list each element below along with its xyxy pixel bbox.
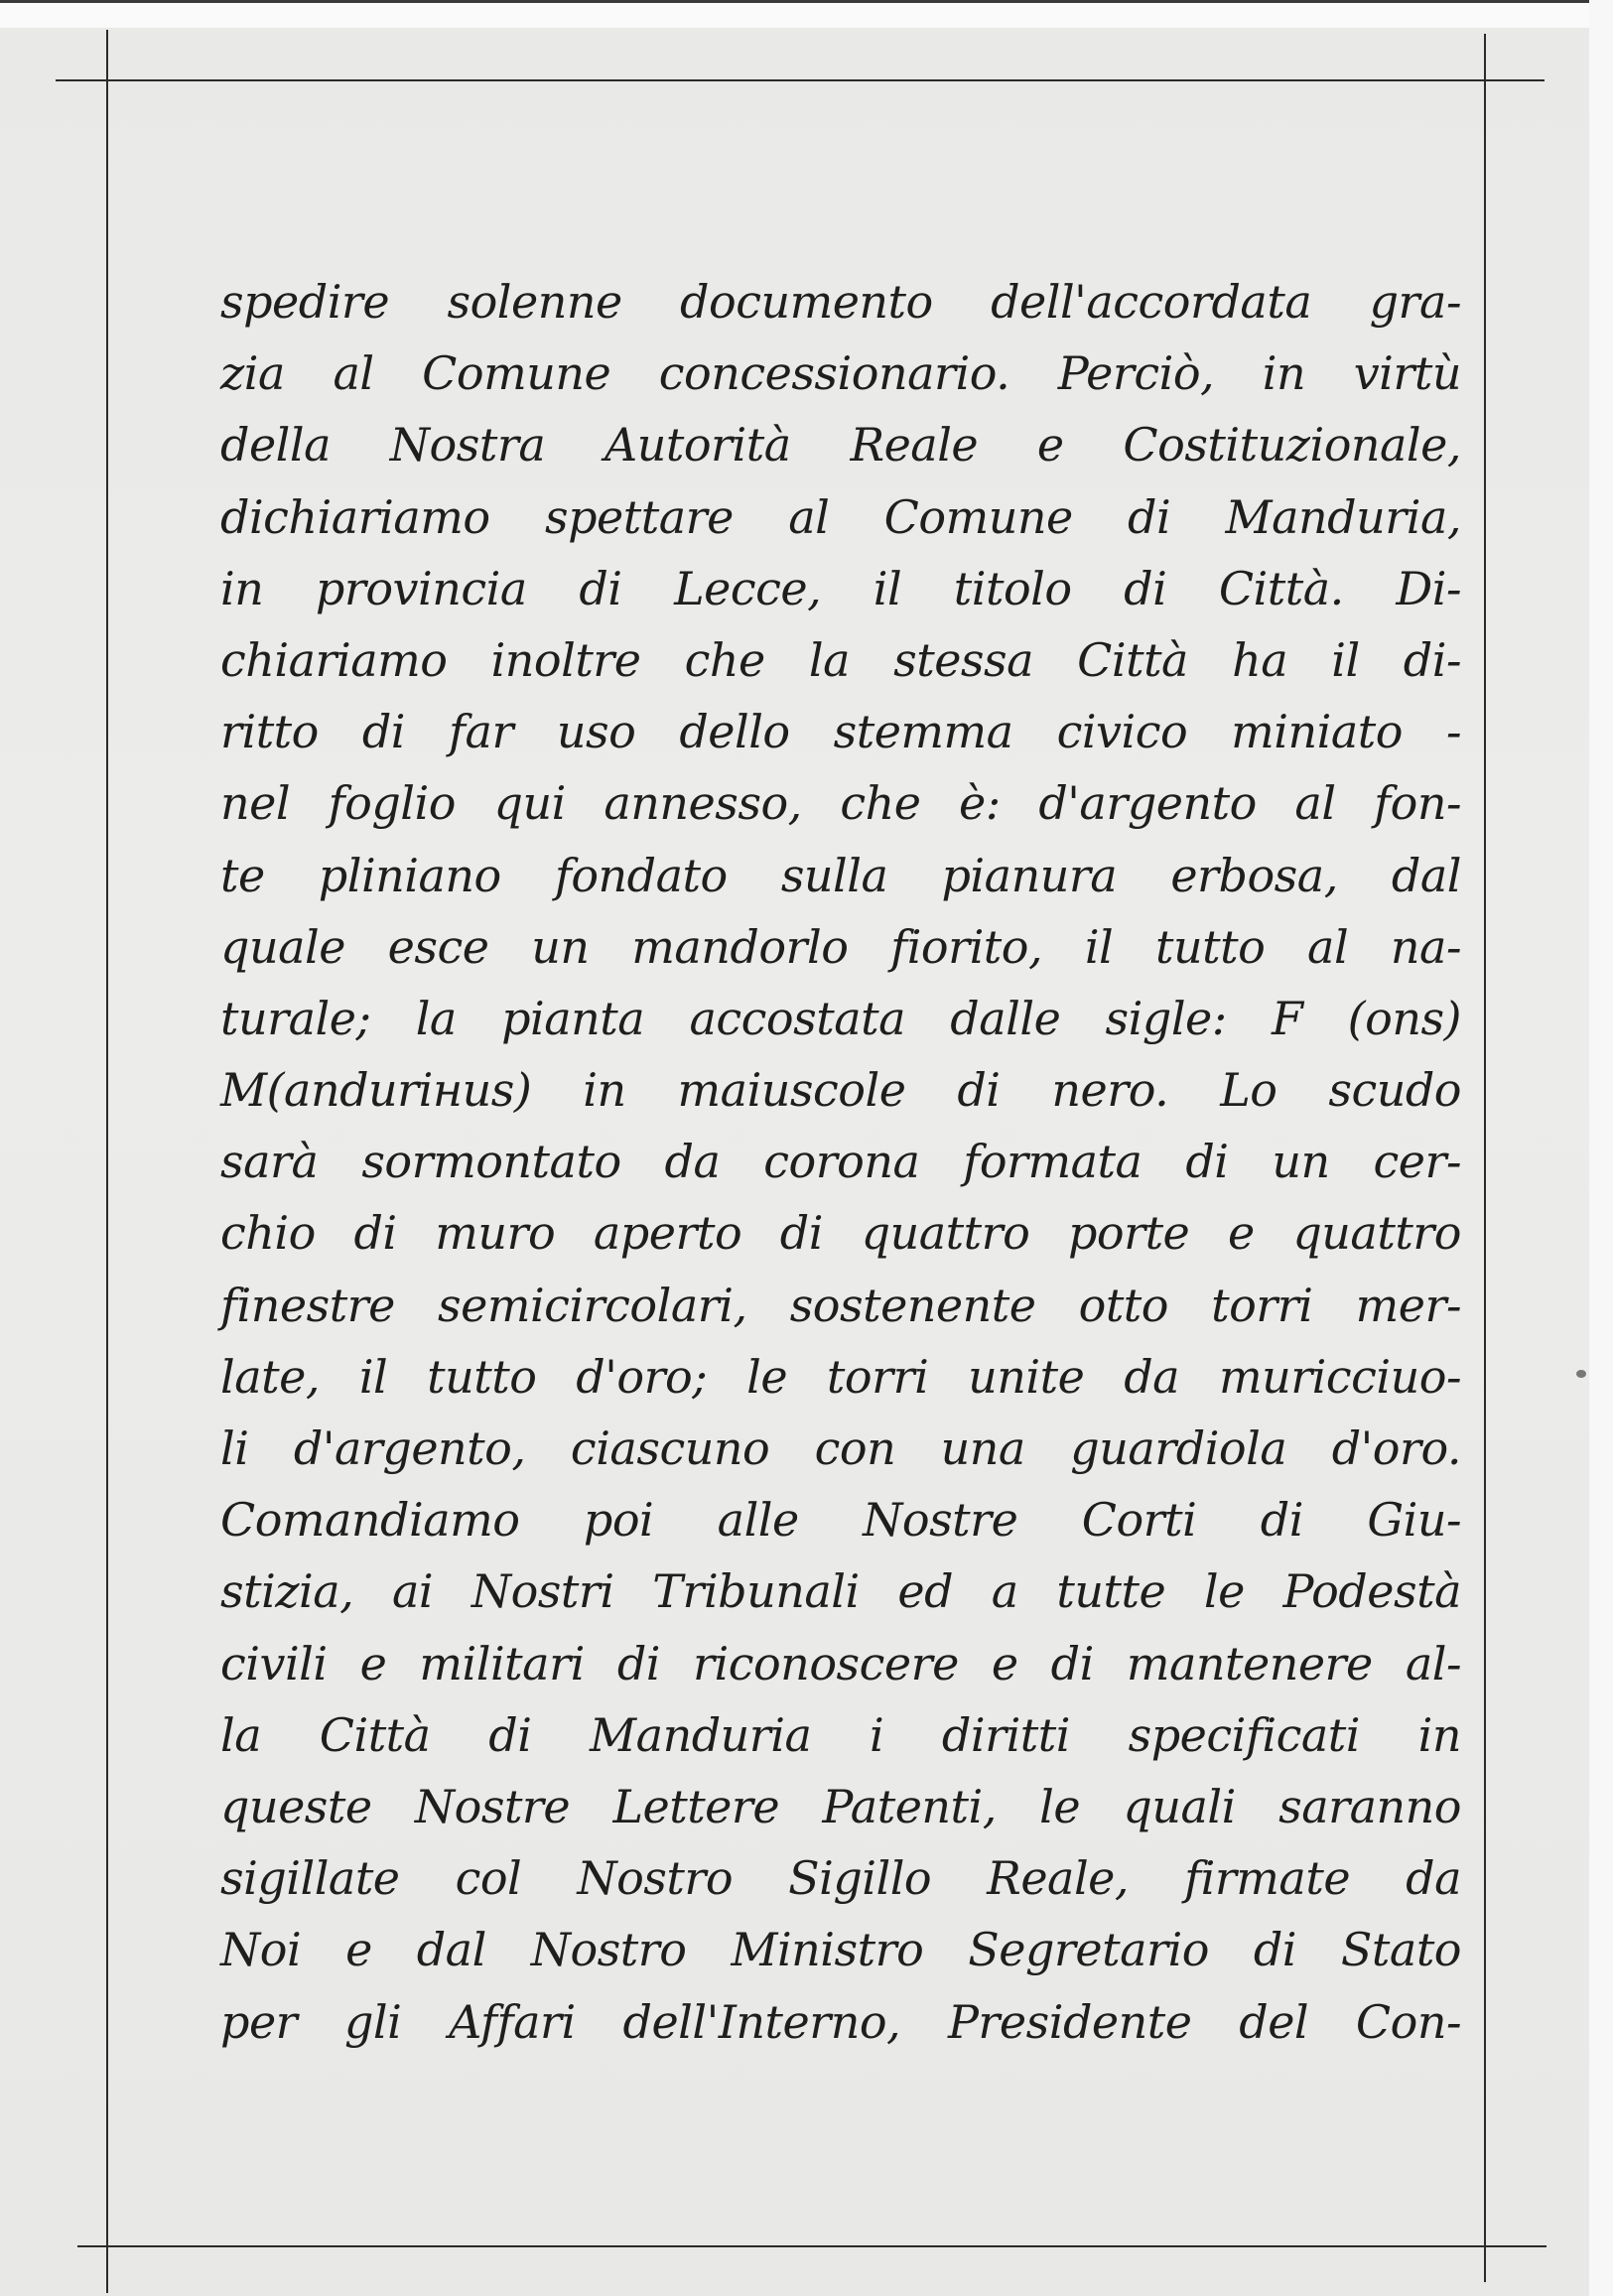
text-line: per gli Affari dell'Interno, Presidente … (220, 1986, 1461, 2058)
text-line: spedire solenne documento dell'accordata… (220, 266, 1461, 338)
calligraphic-text-block: spedire solenne documento dell'accordata… (220, 266, 1461, 2058)
text-line: li d'argento, ciascuno con una guardiola… (220, 1413, 1461, 1484)
text-line: sarà sormontato da corona formata di un … (220, 1126, 1461, 1197)
text-line: Noi e dal Nostro Ministro Segretario di … (220, 1914, 1461, 1985)
text-line: stizia, ai Nostri Tribunali ed a tutte l… (220, 1555, 1461, 1627)
text-line: ritto di far uso dello stemma civico min… (220, 696, 1461, 767)
text-line: zia al Comune concessionario. Perciò, in… (220, 338, 1461, 409)
left-border-rule (106, 30, 108, 2293)
text-line: della Nostra Autorità Reale e Costituzio… (220, 409, 1461, 480)
text-line: in provincia di Lecce, il titolo di Citt… (220, 553, 1461, 624)
bottom-border-rule (77, 2245, 1546, 2247)
text-line: chio di muro aperto di quattro porte e q… (220, 1197, 1461, 1269)
text-line: civili e militari di riconoscere e di ma… (220, 1628, 1461, 1699)
ink-spot (1576, 1370, 1586, 1378)
right-border-rule (1484, 34, 1486, 2282)
text-line: te pliniano fondato sulla pianura erbosa… (220, 840, 1461, 911)
text-line: queste Nostre Lettere Patenti, le quali … (220, 1771, 1461, 1842)
text-line: late, il tutto d'oro; le torri unite da … (220, 1341, 1461, 1413)
text-line: quale esce un mandorlo fiorito, il tutto… (220, 911, 1461, 983)
text-line: sigillate col Nostro Sigillo Reale, firm… (220, 1842, 1461, 1914)
top-border-rule (56, 79, 1545, 81)
text-line: finestre semicircolari, sostenente otto … (220, 1270, 1461, 1341)
text-line: Comandiamo poi alle Nostre Corti di Giu- (220, 1484, 1461, 1555)
scan-right-edge (1589, 0, 1613, 2296)
text-line: turale; la pianta accostata dalle sigle:… (220, 983, 1461, 1054)
text-line: dichiariamo spettare al Comune di Mandur… (220, 481, 1461, 553)
text-line: nel foglio qui annesso, che è: d'argento… (220, 767, 1461, 839)
scan-top-edge (0, 0, 1613, 31)
text-line: M(anduriнus) in maiuscole di nero. Lo sc… (220, 1054, 1461, 1126)
text-line: la Città di Manduria i diritti specifica… (220, 1699, 1461, 1771)
text-line: chiariamo inoltre che la stessa Città ha… (220, 624, 1461, 696)
